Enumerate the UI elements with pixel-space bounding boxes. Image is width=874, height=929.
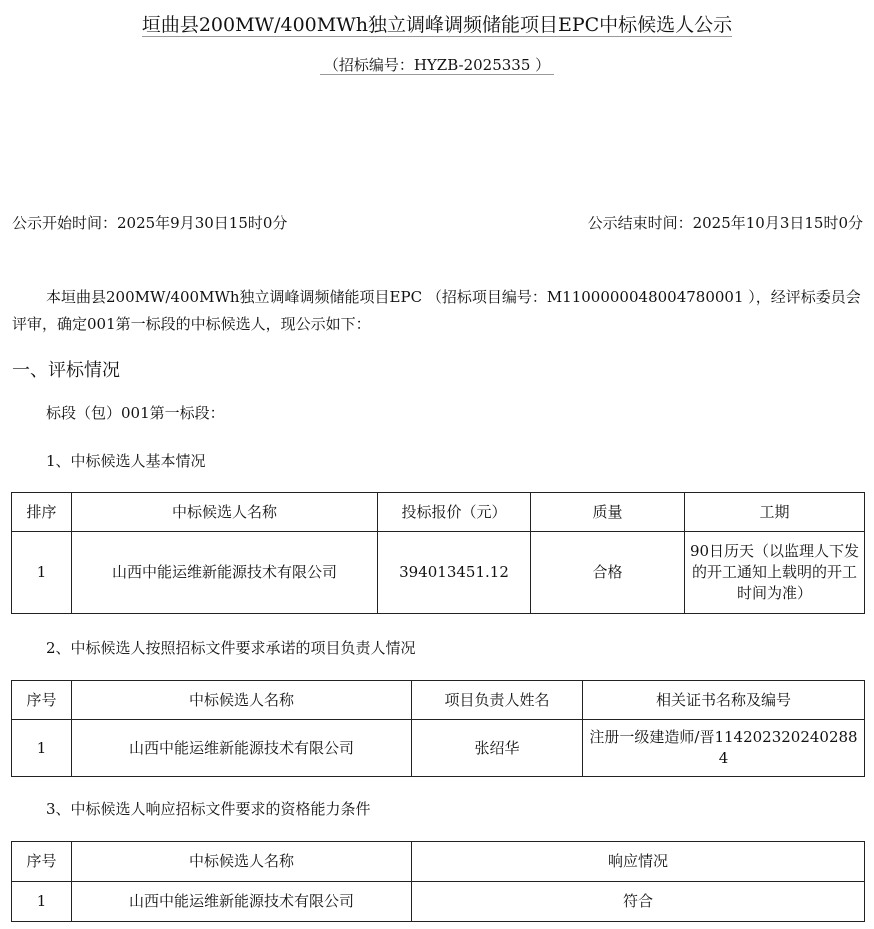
- table-header-row: 序号 中标候选人名称 项目负责人姓名 相关证书名称及编号: [12, 681, 865, 720]
- column-header: 相关证书名称及编号: [583, 681, 865, 720]
- index-cell: 1: [12, 720, 72, 777]
- column-header: 序号: [12, 681, 72, 720]
- table-row: 1 山西中能运维新能源技术有限公司 394013451.12 合格 90日历天（…: [12, 532, 865, 614]
- table2-heading: 2、中标候选人按照招标文件要求承诺的项目负责人情况: [46, 637, 416, 658]
- page-title-text: 垣曲县200MW/400MWh独立调峰调频储能项目EPC中标候选人公示: [142, 14, 732, 37]
- publicity-end-time: 公示结束时间：2025年10月3日15时0分: [588, 212, 863, 233]
- candidate-name-cell: 山西中能运维新能源技术有限公司: [72, 720, 412, 777]
- page-title: 垣曲县200MW/400MWh独立调峰调频储能项目EPC中标候选人公示: [0, 12, 874, 38]
- lot-label: 标段（包）001第一标段：: [46, 402, 225, 423]
- index-cell: 1: [12, 882, 72, 922]
- candidate-basic-table: 排序 中标候选人名称 投标报价（元） 质量 工期 1 山西中能运维新能源技术有限…: [11, 492, 865, 614]
- column-header: 中标候选人名称: [72, 842, 412, 882]
- column-header: 排序: [12, 493, 72, 532]
- column-header: 项目负责人姓名: [412, 681, 583, 720]
- table-row: 1 山西中能运维新能源技术有限公司 张绍华 注册一级建造师/晋114202320…: [12, 720, 865, 777]
- table-header-row: 序号 中标候选人名称 响应情况: [12, 842, 865, 882]
- column-header: 响应情况: [412, 842, 865, 882]
- column-header: 序号: [12, 842, 72, 882]
- manager-name-cell: 张绍华: [412, 720, 583, 777]
- candidate-name-cell: 山西中能运维新能源技术有限公司: [72, 532, 378, 614]
- candidate-name-cell: 山西中能运维新能源技术有限公司: [72, 882, 412, 922]
- table-row: 1 山西中能运维新能源技术有限公司 符合: [12, 882, 865, 922]
- rank-cell: 1: [12, 532, 72, 614]
- column-header: 中标候选人名称: [72, 493, 378, 532]
- response-cell: 符合: [412, 882, 865, 922]
- intro-paragraph: 本垣曲县200MW/400MWh独立调峰调频储能项目EPC （招标项目编号：M1…: [12, 284, 862, 338]
- tender-number: （招标编号：HYZB-2025335 ）: [0, 55, 874, 75]
- column-header: 投标报价（元）: [378, 493, 531, 532]
- column-header: 质量: [531, 493, 685, 532]
- bid-price-cell: 394013451.12: [378, 532, 531, 614]
- duration-cell: 90日历天（以监理人下发的开工通知上载明的开工时间为准）: [685, 532, 865, 614]
- section-heading-evaluation: 一、评标情况: [12, 356, 120, 382]
- table-header-row: 排序 中标候选人名称 投标报价（元） 质量 工期: [12, 493, 865, 532]
- table3-heading: 3、中标候选人响应招标文件要求的资格能力条件: [46, 798, 371, 819]
- quality-cell: 合格: [531, 532, 685, 614]
- project-manager-table: 序号 中标候选人名称 项目负责人姓名 相关证书名称及编号 1 山西中能运维新能源…: [11, 680, 865, 777]
- certificate-cell: 注册一级建造师/晋1142023202402884: [583, 720, 865, 777]
- column-header: 工期: [685, 493, 865, 532]
- table1-heading: 1、中标候选人基本情况: [46, 450, 206, 471]
- publicity-start-time: 公示开始时间：2025年9月30日15时0分: [12, 212, 287, 233]
- tender-number-text: （招标编号：HYZB-2025335 ）: [320, 56, 554, 75]
- qualification-table: 序号 中标候选人名称 响应情况 1 山西中能运维新能源技术有限公司 符合: [11, 841, 865, 922]
- column-header: 中标候选人名称: [72, 681, 412, 720]
